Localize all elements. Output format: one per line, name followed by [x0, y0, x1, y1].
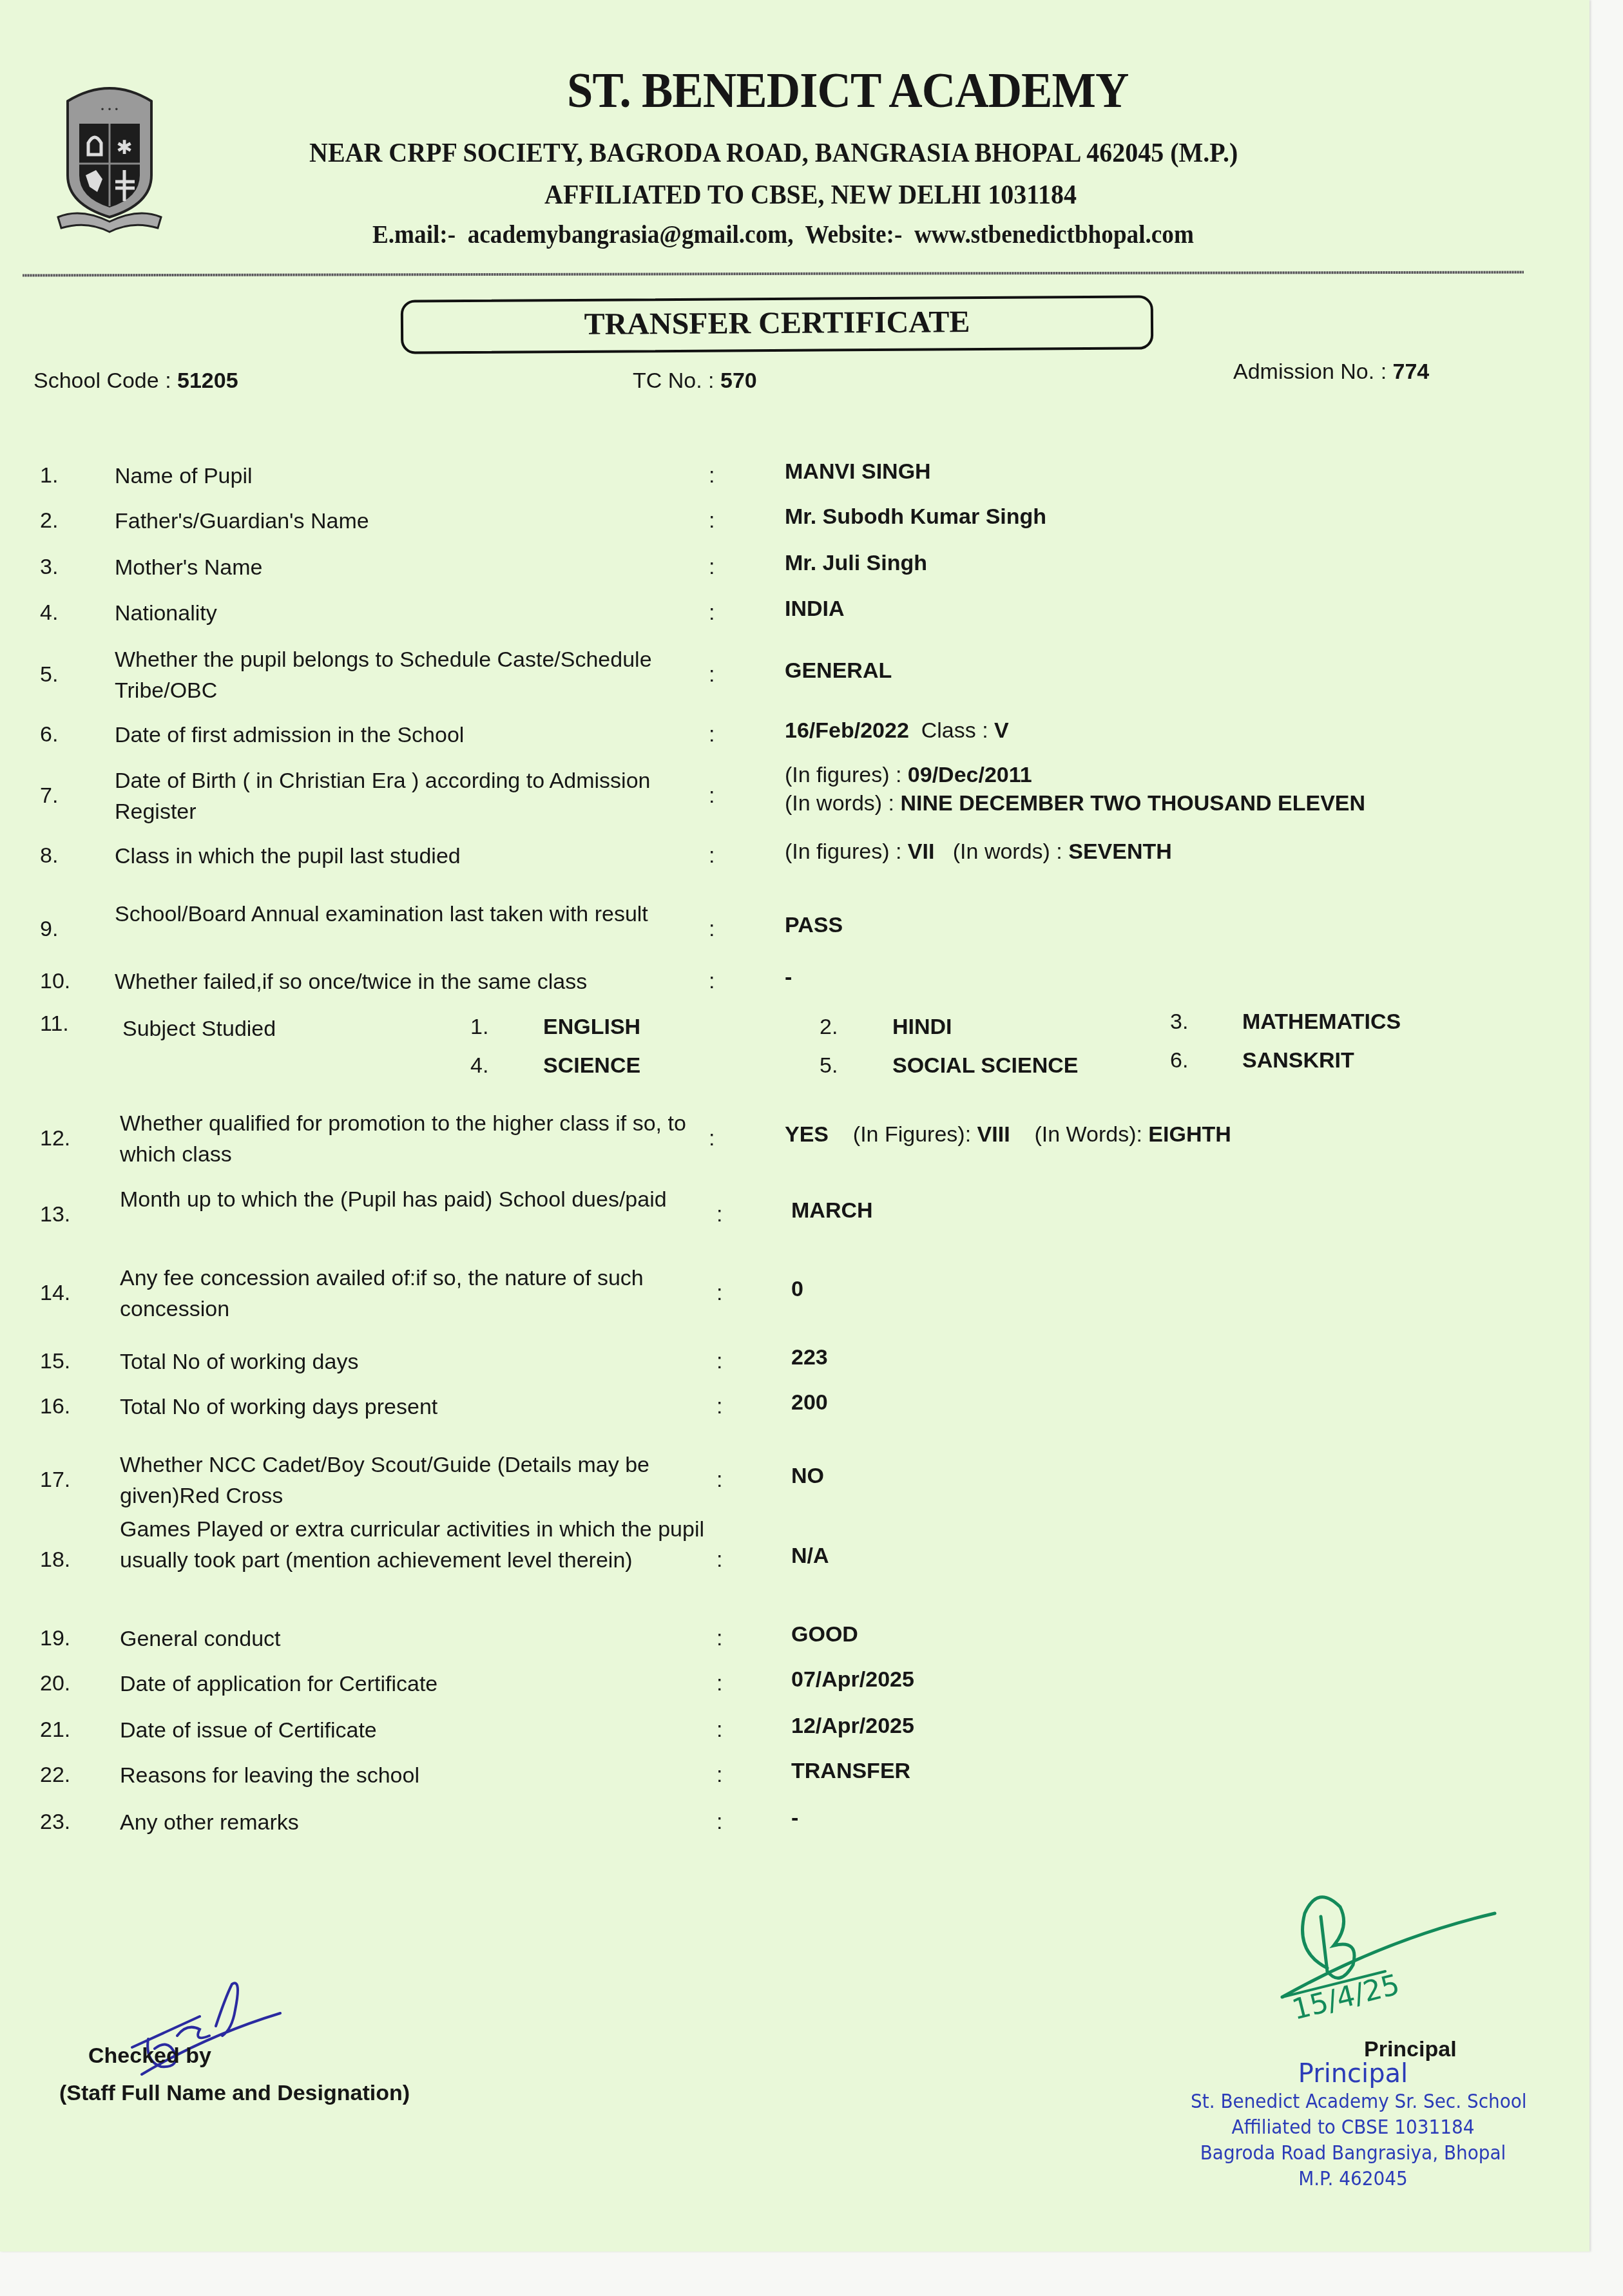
field-separator: :: [716, 1202, 722, 1227]
field-separator: :: [716, 1671, 722, 1696]
field-separator: :: [709, 969, 715, 994]
field-number: 4.: [40, 600, 98, 626]
field-value: Mr. Juli Singh: [785, 551, 927, 576]
field-number: 9.: [40, 917, 98, 942]
field-separator: :: [709, 843, 715, 868]
field-label: General conduct: [120, 1623, 719, 1654]
field-separator: :: [716, 1763, 722, 1788]
tc-number-value: 570: [720, 368, 757, 393]
field-value: NO: [791, 1464, 824, 1489]
subject-name: HINDI: [892, 1015, 952, 1040]
field-number: 11.: [40, 1011, 98, 1037]
stamp-line-3: Bagroda Road Bangrasiya, Bhopal: [1191, 2140, 1515, 2166]
school-address: NEAR CRPF SOCIETY, BAGRODA ROAD, BANGRAS…: [309, 137, 1238, 169]
field-label: Class in which the pupil last studied: [115, 841, 714, 872]
subject-name: SOCIAL SCIENCE: [892, 1053, 1078, 1078]
field-separator: :: [709, 463, 715, 488]
school-code-value: 51205: [177, 368, 238, 393]
field-separator: :: [709, 722, 715, 747]
email-link[interactable]: academybangrasia@gmail.com,: [468, 220, 794, 249]
field-label: Total No of working days: [120, 1346, 719, 1377]
tc-number: TC No. : 570: [633, 368, 757, 394]
field-label: Any other remarks: [120, 1807, 719, 1838]
field-separator: :: [716, 1468, 722, 1493]
field-number: 13.: [40, 1202, 98, 1227]
field-value: GOOD: [791, 1622, 858, 1647]
subject-name: ENGLISH: [543, 1015, 640, 1040]
certificate-page: ✱ • • • ST. BENEDICT ACADEMY NEAR CRPF S…: [0, 0, 1589, 2252]
field-number: 7.: [40, 783, 98, 808]
field-number: 8.: [40, 843, 98, 868]
subject-number: 5.: [820, 1053, 838, 1078]
field-separator: :: [709, 1126, 715, 1151]
field-value: 0: [791, 1277, 803, 1302]
field-label: Whether the pupil belongs to Schedule Ca…: [115, 644, 714, 706]
dob-words: (In words) : NINE DECEMBER TWO THOUSAND …: [785, 791, 1365, 816]
field-label: Name of Pupil: [115, 461, 714, 492]
dob-figures: (In figures) : 09/Dec/2011: [785, 763, 1032, 788]
field-label: Date of issue of Certificate: [120, 1715, 719, 1746]
subject-name: SCIENCE: [543, 1053, 640, 1078]
field-number: 20.: [40, 1671, 98, 1696]
admission-number: Admission No. : 774: [1233, 359, 1429, 385]
field-label: Total No of working days present: [120, 1392, 719, 1422]
field-label: Whether failed,if so once/twice in the s…: [115, 966, 714, 997]
school-affiliation: AFFILIATED TO CBSE, NEW DELHI 1031184: [544, 179, 1077, 211]
field-value: INDIA: [785, 597, 845, 622]
field-number: 21.: [40, 1717, 98, 1743]
field-label: Whether qualified for promotion to the h…: [120, 1108, 719, 1170]
website-link[interactable]: www.stbenedictbhopal.com: [914, 220, 1194, 249]
field-separator: :: [709, 555, 715, 580]
field-separator: :: [716, 1810, 722, 1835]
field-number: 15.: [40, 1349, 98, 1374]
field-separator: :: [716, 1626, 722, 1651]
subject-name: MATHEMATICS: [1242, 1009, 1401, 1035]
field-label: Whether NCC Cadet/Boy Scout/Guide (Detai…: [120, 1449, 719, 1511]
document-title: TRANSFER CERTIFICATE: [403, 303, 1151, 343]
subject-number: 4.: [470, 1053, 488, 1078]
field-separator: :: [709, 662, 715, 687]
field-label: School/Board Annual examination last tak…: [115, 899, 714, 930]
field-label: Father's/Guardian's Name: [115, 506, 714, 537]
field-separator: :: [709, 917, 715, 942]
subject-number: 3.: [1170, 1009, 1188, 1035]
header-divider: [23, 271, 1524, 277]
field-label: Reasons for leaving the school: [120, 1760, 719, 1791]
stamp-line-1: St. Benedict Academy Sr. Sec. School: [1191, 2089, 1515, 2114]
subject-number: 2.: [820, 1015, 838, 1040]
field-number: 16.: [40, 1394, 98, 1419]
field-number: 3.: [40, 555, 98, 580]
field-value: -: [791, 1806, 798, 1831]
field-value: 223: [791, 1345, 828, 1370]
staff-designation-label: (Staff Full Name and Designation): [59, 2081, 410, 2106]
field-value: Mr. Subodh Kumar Singh: [785, 504, 1046, 530]
field-separator: :: [716, 1717, 722, 1743]
admission-number-value: 774: [1393, 359, 1430, 384]
school-crest-icon: ✱ • • •: [55, 79, 164, 233]
field-number: 1.: [40, 463, 98, 488]
field-value: 200: [791, 1390, 828, 1415]
stamp-line-2: Affiliated to CBSE 1031184: [1191, 2114, 1515, 2140]
field-label: Any fee concession availed of:if so, the…: [120, 1263, 719, 1325]
field-value: MARCH: [791, 1198, 873, 1223]
principal-signature: 15/4/25: [1256, 1881, 1527, 2036]
field-number: 5.: [40, 662, 98, 687]
field-value: N/A: [791, 1544, 829, 1569]
field-number: 6.: [40, 722, 98, 747]
field-separator: :: [716, 1349, 722, 1374]
promotion-class: YES (In Figures): VIII (In Words): EIGHT…: [785, 1122, 1231, 1147]
field-value: 07/Apr/2025: [791, 1667, 914, 1692]
subject-name: SANSKRIT: [1242, 1048, 1354, 1073]
field-separator: :: [716, 1547, 722, 1573]
field-number: 12.: [40, 1126, 98, 1151]
field-separator: :: [716, 1394, 722, 1419]
admission-date: 16/Feb/2022 Class : V: [785, 718, 1009, 743]
field-label: Date of application for Certificate: [120, 1669, 719, 1699]
svg-text:• • •: • • •: [101, 105, 119, 114]
principal-stamp: Principal St. Benedict Academy Sr. Sec. …: [1173, 2059, 1533, 2192]
field-number: 19.: [40, 1626, 98, 1651]
school-code: School Code : 51205: [34, 368, 238, 394]
website-label: Website:-: [805, 220, 902, 249]
field-separator: :: [709, 783, 715, 808]
school-contact: E.mail:- academybangrasia@gmail.com, Web…: [372, 219, 1194, 249]
subject-number: 6.: [1170, 1048, 1188, 1073]
field-label: Month up to which the (Pupil has paid) S…: [120, 1184, 719, 1215]
last-class: (In figures) : VII (In words) : SEVENTH: [785, 839, 1172, 865]
field-number: 23.: [40, 1810, 98, 1835]
field-label: Games Played or extra curricular activit…: [120, 1514, 719, 1576]
field-separator: :: [709, 600, 715, 626]
field-number: 18.: [40, 1547, 98, 1573]
field-label: Date of first admission in the School: [115, 720, 714, 751]
field-separator: :: [716, 1281, 722, 1306]
field-label: Date of Birth ( in Christian Era ) accor…: [115, 765, 714, 827]
field-number: 10.: [40, 969, 98, 994]
field-value: TRANSFER: [791, 1759, 910, 1784]
stamp-line-4: M.P. 462045: [1191, 2166, 1515, 2192]
field-value: PASS: [785, 913, 843, 938]
field-value: 12/Apr/2025: [791, 1714, 914, 1739]
field-number: 17.: [40, 1468, 98, 1493]
field-number: 2.: [40, 508, 98, 533]
stamp-title: Principal: [1173, 2059, 1533, 2089]
subject-number: 1.: [470, 1015, 488, 1040]
svg-text:✱: ✱: [116, 137, 132, 159]
field-value: MANVI SINGH: [785, 459, 931, 484]
principal-signature-date: 15/4/25: [1289, 1968, 1403, 2027]
field-label: Nationality: [115, 598, 714, 629]
field-number: 14.: [40, 1281, 98, 1306]
field-separator: :: [709, 508, 715, 533]
title-box: TRANSFER CERTIFICATE: [401, 295, 1153, 354]
field-value: -: [785, 965, 792, 990]
field-label: Mother's Name: [115, 552, 714, 583]
field-number: 22.: [40, 1763, 98, 1788]
school-name: ST. BENEDICT ACADEMY: [567, 61, 1129, 119]
checked-by-label: Checked by: [88, 2043, 211, 2069]
field-value: GENERAL: [785, 658, 892, 684]
email-label: E.mail:-: [372, 220, 456, 249]
